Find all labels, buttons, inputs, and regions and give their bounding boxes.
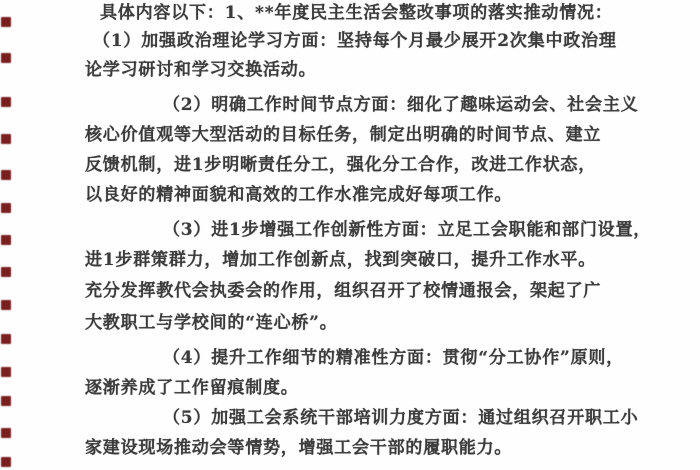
text-line: （3）进1步增强工作创新性方面：立足工会职能和部门设置， [163,222,651,239]
text-line: 大教职工与学校间的“连心桥”。 [85,315,338,332]
revision-marker-icon [1,457,11,467]
text-line: 反馈机制，进1步明晰责任分工，强化分工合作，改进工作状态， [85,157,596,174]
text-line: （5）加强工会系统干部培训力度方面：通过组织召开职工小 [163,410,638,427]
revision-marker-icon [1,300,11,310]
revision-marker-icon [1,203,11,213]
text-line: 核心价值观等大型活动的目标任务，制定出明确的时间节点、建立 [85,127,601,144]
text-line: （2）明确工作时间节点方面：细化了趣味运动会、社会主义 [163,97,638,114]
revision-marker-icon [1,428,11,438]
revision-marker-icon [1,170,11,180]
text-line: （4）提升工作细节的精准性方面：贯彻“分工协作”原则， [163,350,624,367]
revision-marker-icon [1,267,11,277]
revision-marker-icon [1,367,11,377]
document-page: 具体内容以下：1、**年度民主生活会整改事项的落实推动情况：（1）加强政治理论学… [0,0,700,470]
text-line: 具体内容以下：1、**年度民主生活会整改事项的落实推动情况： [100,5,613,22]
text-line: 进1步群策群力，增加工作创新点，找到突破口，提升工作水平。 [85,252,596,269]
revision-marker-icon [1,235,11,245]
revision-marker-icon [1,396,11,406]
revision-marker-icon [1,334,11,344]
text-line: 论学习研讨和学习交换活动。 [85,62,316,79]
revision-marker-icon [1,97,11,107]
revision-marker-icon [1,134,11,144]
text-line: 充分发挥教代会执委会的作用，组织召开了校情通报会，架起了广 [85,283,601,300]
text-line: 家建设现场推动会等情势，增强工会干部的履职能力。 [85,440,512,457]
revision-marker-icon [1,53,11,63]
text-line: 以良好的精神面貌和高效的工作水准完成好每项工作。 [85,187,512,204]
text-line: 逐渐养成了工作留痕制度。 [85,380,299,397]
text-line: （1）加强政治理论学习方面：坚持每个月最少展开2次集中政治理 [93,33,617,50]
revision-marker-icon [1,17,11,27]
